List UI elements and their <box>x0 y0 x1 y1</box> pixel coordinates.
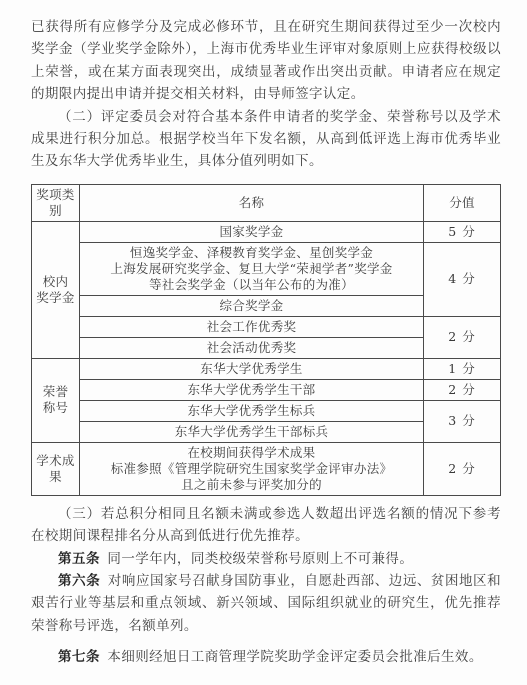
table-row: 恒逸奖学金、泽稷教育奖学金、星创奖学金 上海发展研究奖学金、复旦大学“荣昶学者”… <box>32 242 501 295</box>
score-cell: 1 分 <box>424 358 501 379</box>
score-cell: 4 分 <box>424 242 501 316</box>
name-cell: 社会工作优秀奖 <box>80 316 424 337</box>
table-row: 学术成 果 在校期间获得学术成果 标准参照《管理学院研究生国家奖学金评审办法》 … <box>32 442 501 495</box>
table-row: 校内 奖学金 国家奖学金 5 分 <box>32 221 501 242</box>
name-cell: 综合奖学金 <box>80 295 424 316</box>
article-6-text: 对响应国家号召献身国防事业，自愿赴西部、边远、贫困地区和艰苦行业等基层和重点领域… <box>31 573 501 634</box>
table-header-row: 奖项类 别 名称 分值 <box>32 184 501 221</box>
table-row: 荣誉 称号 东华大学优秀学生 1 分 <box>32 358 501 379</box>
score-cell: 3 分 <box>424 400 501 442</box>
table-row: 社会工作优秀奖 2 分 <box>32 316 501 337</box>
score-cell: 2 分 <box>424 379 501 400</box>
name-cell: 国家奖学金 <box>80 221 424 242</box>
score-table: 奖项类 别 名称 分值 校内 奖学金 国家奖学金 5 分 恒逸奖学金、泽稷教育奖… <box>31 184 501 496</box>
header-award-category: 奖项类 别 <box>32 184 80 221</box>
score-cell: 5 分 <box>424 221 501 242</box>
category-cell-academic-achievement: 学术成 果 <box>32 442 80 495</box>
name-cell: 在校期间获得学术成果 标准参照《管理学院研究生国家奖学金评审办法》 且之前未参与… <box>80 442 424 495</box>
name-cell: 社会活动优秀奖 <box>80 337 424 358</box>
table-row: 东华大学优秀学生干部 2 分 <box>32 379 501 400</box>
name-cell: 东华大学优秀学生干部 <box>80 379 424 400</box>
article-6: 第六条对响应国家号召献身国防事业，自愿赴西部、边远、贫困地区和艰苦行业等基层和重… <box>31 570 501 637</box>
paragraph-item-3: （三）若总积分相同且名额未满或参选人数超出评选名额的情况下参考在校期间课程排名分… <box>31 503 501 548</box>
header-name: 名称 <box>80 184 424 221</box>
name-cell: 恒逸奖学金、泽稷教育奖学金、星创奖学金 上海发展研究奖学金、复旦大学“荣昶学者”… <box>80 242 424 295</box>
header-score: 分值 <box>424 184 501 221</box>
name-cell: 东华大学优秀学生标兵 <box>80 400 424 421</box>
document-page: 已获得所有应修学分及完成必修环节，且在研究生期间获得过至少一次校内奖学金（学业奖… <box>0 0 527 685</box>
article-5-text: 同一学年内，同类校级荣誉称号原则上不可兼得。 <box>107 551 413 567</box>
article-7-text: 本细则经旭日工商管理学院奖助学金评定委员会批准后生效。 <box>107 649 482 665</box>
table-row: 东华大学优秀学生标兵 3 分 <box>32 400 501 421</box>
score-cell: 2 分 <box>424 442 501 495</box>
name-cell: 东华大学优秀学生干部标兵 <box>80 421 424 442</box>
category-cell-campus-scholarship: 校内 奖学金 <box>32 221 80 358</box>
article-5-label: 第五条 <box>58 551 100 567</box>
score-cell: 2 分 <box>424 316 501 358</box>
article-6-label: 第六条 <box>58 573 100 589</box>
category-cell-honor-title: 荣誉 称号 <box>32 358 80 442</box>
paragraph-eligibility: 已获得所有应修学分及完成必修环节，且在研究生期间获得过至少一次校内奖学金（学业奖… <box>31 16 501 106</box>
article-7: 第七条本细则经旭日工商管理学院奖助学金评定委员会批准后生效。 <box>31 646 501 668</box>
article-7-label: 第七条 <box>58 649 100 665</box>
article-5: 第五条同一学年内，同类校级荣誉称号原则上不可兼得。 <box>31 548 501 570</box>
paragraph-item-2: （二）评定委员会对符合基本条件申请者的奖学金、荣誉称号以及学术成果进行积分加总。… <box>31 106 501 173</box>
name-cell: 东华大学优秀学生 <box>80 358 424 379</box>
